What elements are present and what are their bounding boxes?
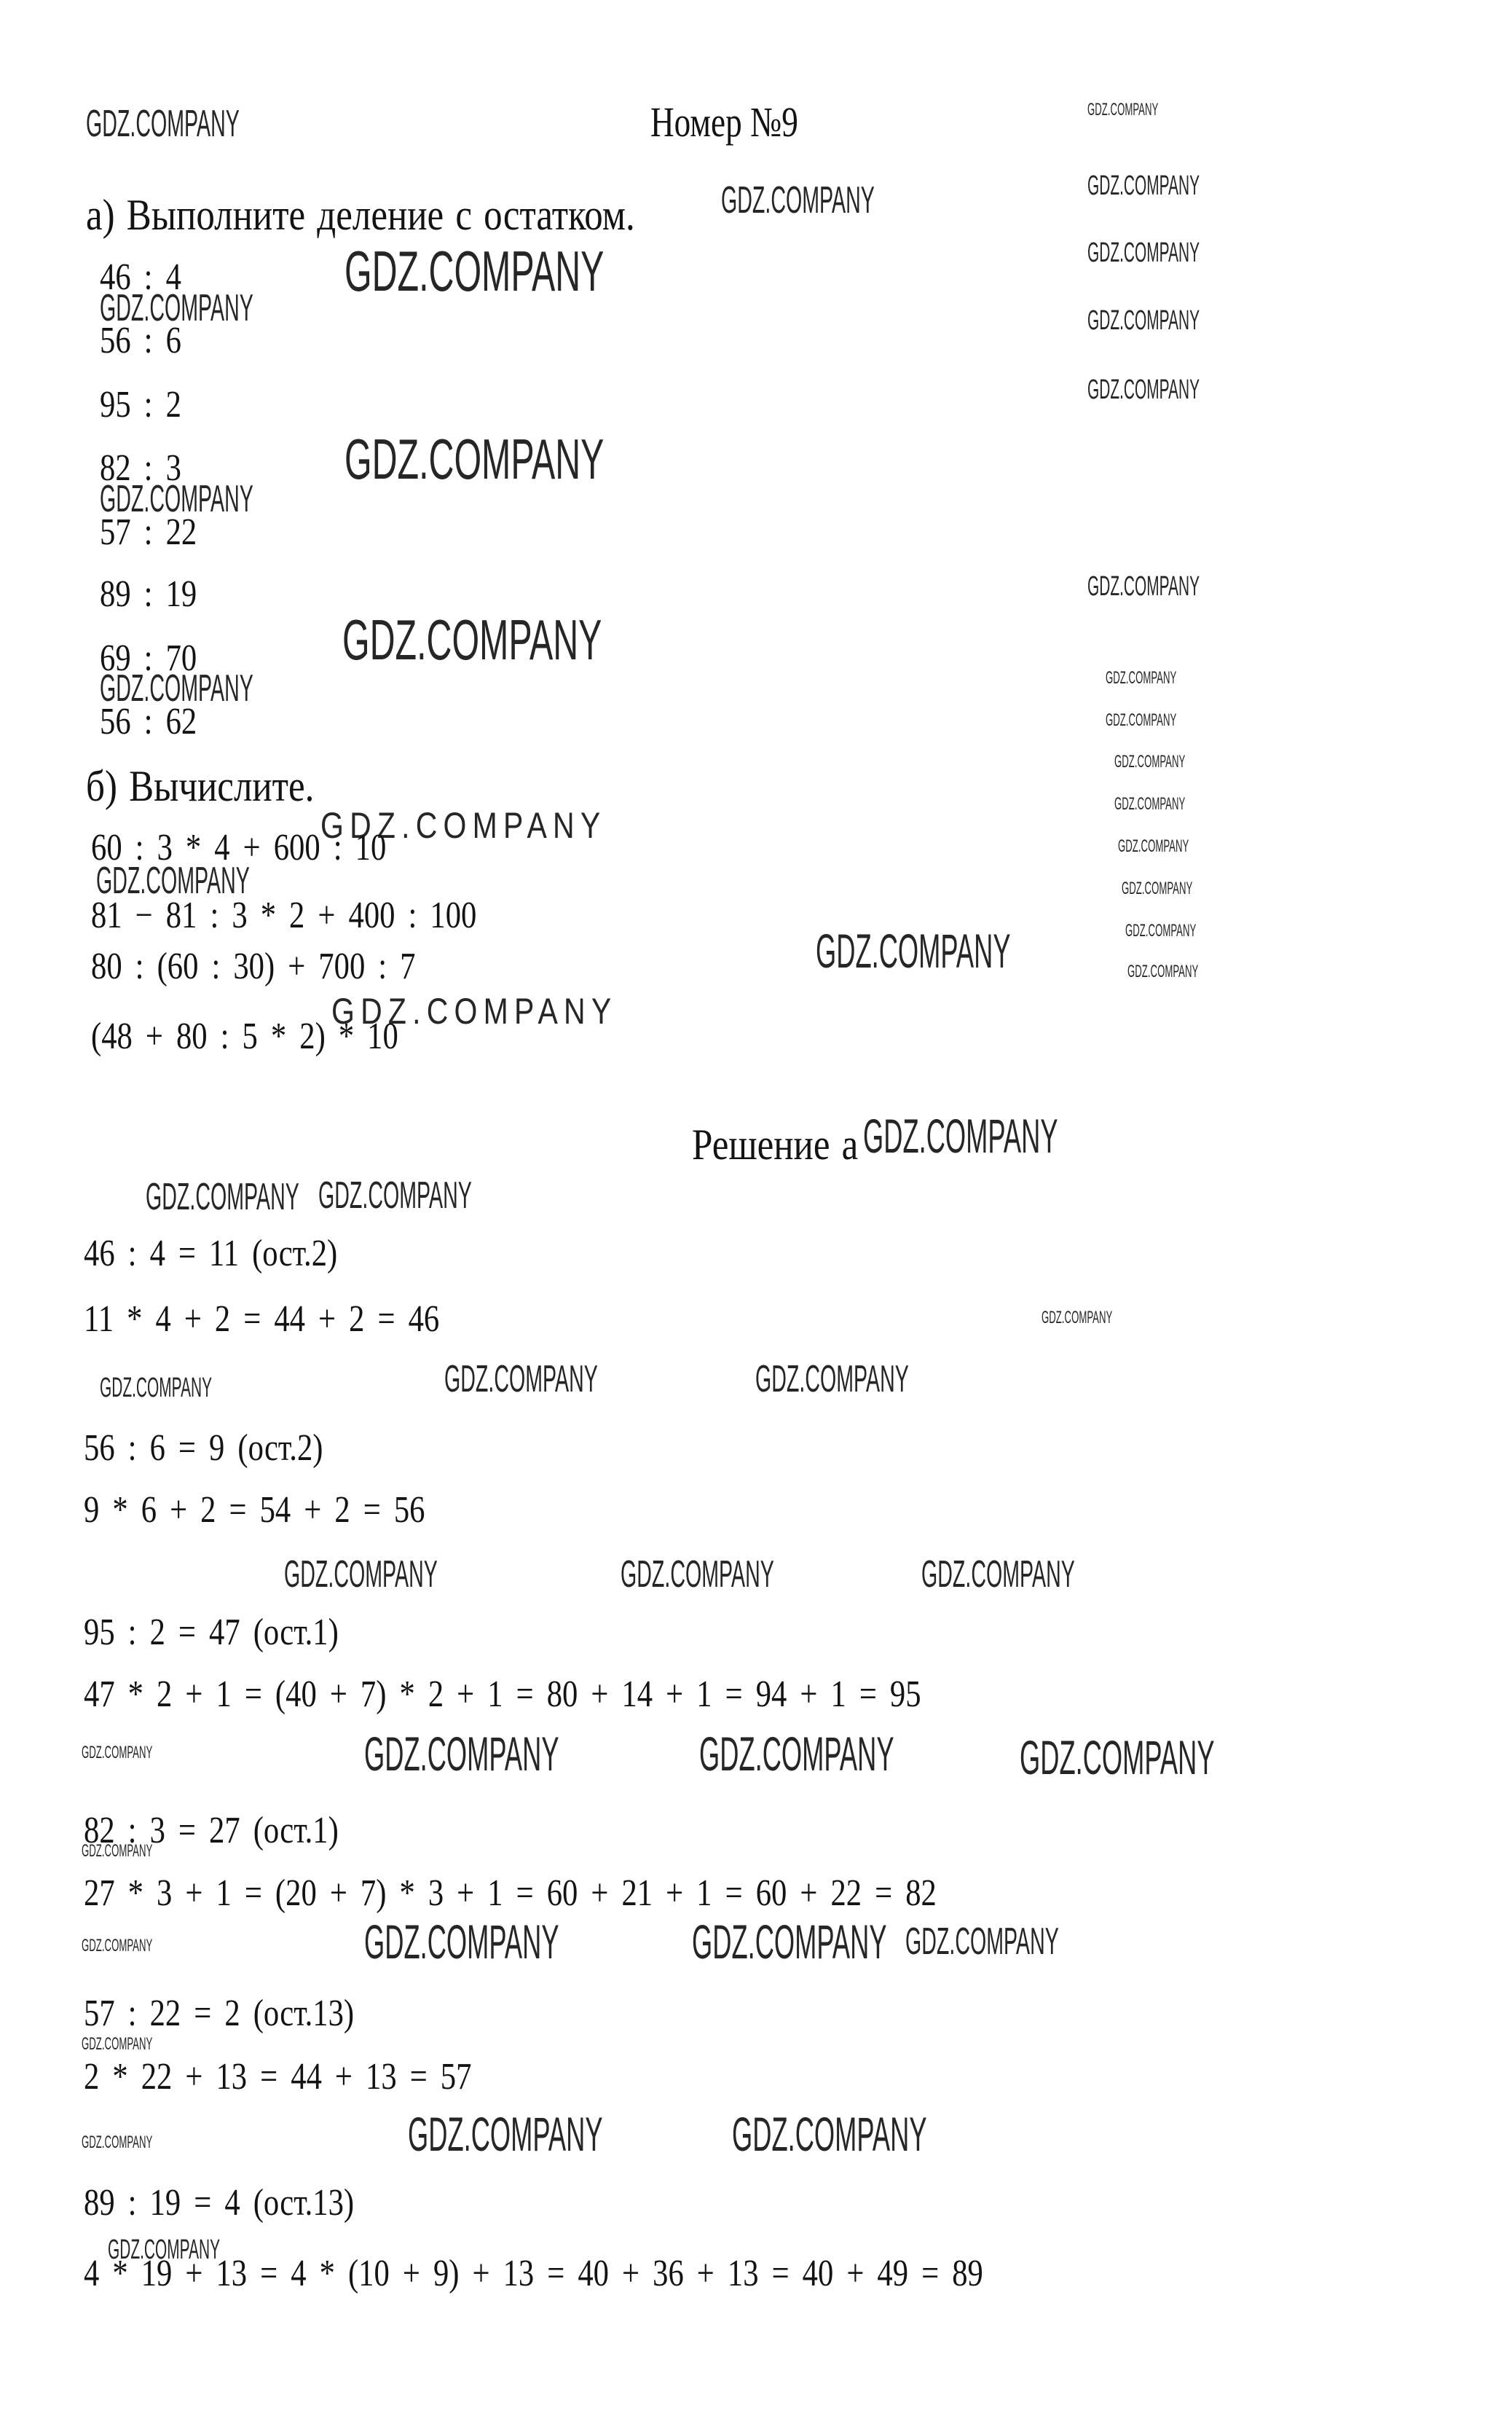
watermark: GDZ.COMPANY: [284, 1555, 438, 1593]
division-problem: 56 : 6: [100, 320, 181, 361]
watermark: GDZ.COMPANY: [1087, 573, 1200, 600]
solution-heading: Решение а: [692, 1121, 858, 1169]
watermark: GDZ.COMPANY: [344, 243, 604, 299]
division-problem: 95 : 2: [100, 384, 181, 425]
watermark: GDZ.COMPANY: [1087, 101, 1158, 119]
expression: 60 : 3 * 4 + 600 : 10: [91, 827, 386, 868]
watermark: GDZ.COMPANY: [1087, 239, 1200, 267]
watermark: GDZ.COMPANY: [621, 1555, 774, 1593]
solution-step: 2 * 22 + 13 = 44 + 13 = 57: [84, 2056, 471, 2098]
watermark: GDZ.COMPANY: [905, 1923, 1059, 1961]
division-problem: 56 : 62: [100, 701, 197, 742]
watermark: GDZ.COMPANY: [1106, 670, 1176, 687]
watermark: GDZ.COMPANY: [1114, 796, 1185, 813]
watermark: GDZ.COMPANY: [82, 1744, 152, 1762]
watermark: GDZ.COMPANY: [344, 431, 604, 487]
section-heading: а) Выполните деление с остатком.: [86, 191, 635, 239]
division-problem: 89 : 19: [100, 573, 197, 615]
watermark: GDZ.COMPANY: [342, 611, 602, 668]
watermark: GDZ.COMPANY: [816, 927, 1011, 975]
watermark: GDZ.COMPANY: [364, 1918, 559, 1966]
division-problem: 69 : 70: [100, 637, 197, 679]
watermark: GDZ.COMPANY: [755, 1360, 909, 1398]
watermark: GDZ.COMPANY: [1042, 1309, 1112, 1327]
expression: 80 : (60 : 30) + 700 : 7: [91, 946, 416, 987]
watermark: GDZ.COMPANY: [692, 1918, 887, 1966]
solution-step: 4 * 19 + 13 = 4 * (10 + 9) + 13 = 40 + 3…: [84, 2253, 983, 2294]
watermark: GDZ.COMPANY: [1114, 753, 1185, 771]
watermark: GDZ.COMPANY: [721, 181, 875, 219]
watermark: GDZ.COMPANY: [1122, 880, 1192, 898]
division-problem: 46 : 4: [100, 256, 181, 298]
section-heading: б) Вычислите.: [86, 762, 314, 810]
division-problem: 57 : 22: [100, 511, 197, 553]
solution-step: 56 : 6 = 9 (ост.2): [84, 1427, 323, 1469]
watermark: GDZ.COMPANY: [82, 2036, 152, 2053]
watermark: GDZ.COMPANY: [699, 1730, 894, 1778]
watermark: GDZ.COMPANY: [1020, 1733, 1215, 1781]
watermark: GDZ.COMPANY: [146, 1178, 299, 1216]
watermark: GDZ.COMPANY: [921, 1555, 1075, 1593]
expression: 81 − 81 : 3 * 2 + 400 : 100: [91, 895, 476, 936]
solution-step: 11 * 4 + 2 = 44 + 2 = 46: [84, 1298, 439, 1340]
watermark: GDZ.COMPANY: [82, 2134, 152, 2151]
watermark: GDZ.COMPANY: [318, 1177, 472, 1215]
watermark: GDZ.COMPANY: [1106, 712, 1176, 729]
watermark: GDZ.COMPANY: [100, 1374, 212, 1402]
solution-step: 27 * 3 + 1 = (20 + 7) * 3 + 1 = 60 + 21 …: [84, 1872, 937, 1914]
expression: (48 + 80 : 5 * 2) * 10: [91, 1016, 398, 1057]
watermark: GDZ.COMPANY: [364, 1730, 559, 1778]
watermark: GDZ.COMPANY: [1118, 838, 1189, 855]
watermark: GDZ.COMPANY: [86, 105, 240, 143]
watermark: GDZ.COMPANY: [732, 2110, 927, 2158]
solution-step: 9 * 6 + 2 = 54 + 2 = 56: [84, 1489, 425, 1531]
watermark: GDZ.COMPANY: [1125, 922, 1196, 940]
watermark: GDZ.COMPANY: [82, 1937, 152, 1955]
solution-step: 47 * 2 + 1 = (40 + 7) * 2 + 1 = 80 + 14 …: [84, 1674, 921, 1715]
solution-step: 57 : 22 = 2 (ост.13): [84, 1993, 354, 2034]
watermark: GDZ.COMPANY: [1087, 172, 1200, 200]
page-title: Номер №9: [650, 99, 798, 146]
document-page: GDZ.COMPANYGDZ.COMPANYGDZ.COMPANYGDZ.COM…: [0, 0, 1512, 2413]
solution-step: 82 : 3 = 27 (ост.1): [84, 1810, 339, 1851]
division-problem: 82 : 3: [100, 447, 181, 489]
watermark: GDZ.COMPANY: [1127, 963, 1198, 981]
watermark: GDZ.COMPANY: [444, 1360, 598, 1398]
watermark: GDZ.COMPANY: [408, 2110, 603, 2158]
watermark: GDZ.COMPANY: [1087, 376, 1200, 404]
solution-step: 46 : 4 = 11 (ост.2): [84, 1233, 337, 1274]
solution-step: 89 : 19 = 4 (ост.13): [84, 2182, 354, 2224]
solution-step: 95 : 2 = 47 (ост.1): [84, 1612, 339, 1653]
watermark: GDZ.COMPANY: [1087, 307, 1200, 334]
watermark: GDZ.COMPANY: [863, 1112, 1058, 1160]
